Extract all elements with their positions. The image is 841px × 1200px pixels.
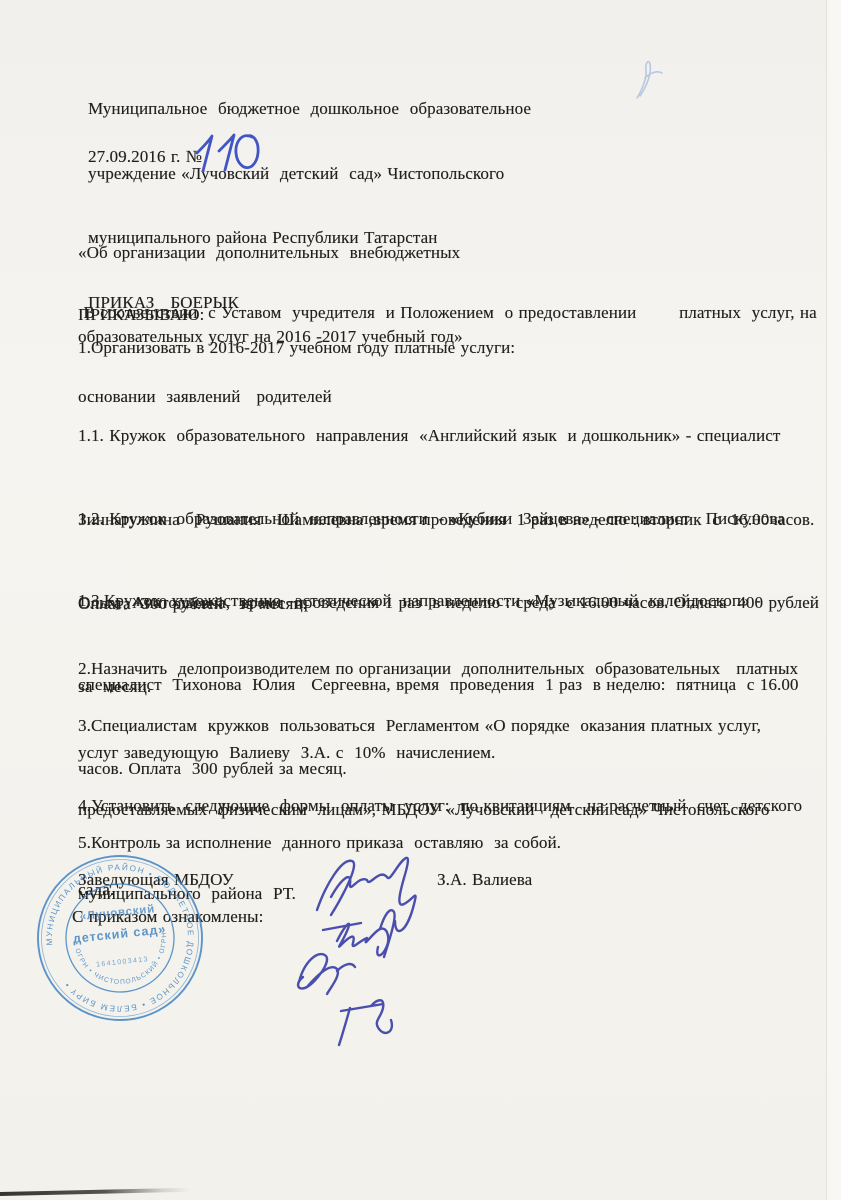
item-4-line: 4.Установить следующие формы оплаты услу… [78,792,802,820]
scan-edge-artifact [0,1188,190,1196]
item-1: 1.Организовать в 2016-2017 учебном году … [78,334,515,362]
item-5: 5.Контроль за исполнение данного приказа… [78,829,561,857]
signer-role: Заведующая МБДОУ [78,866,234,894]
item-1-1-line: 1.1. Кружок образовательного направления… [78,422,814,450]
scan-paper-edge [826,0,841,1200]
scanned-order-page: МУНИЦИПАЛЬНЫЙ РАЙОН • БЮДЖЕТНОЕ ДОШКОЛЬН… [0,0,841,1200]
acknowledged-label: С приказом ознакомлены: [72,903,263,931]
org-header-line: Муниципальное бюджетное дошкольное образ… [88,98,531,120]
date-number-line: 27.09.2016 г. № [88,143,202,171]
signer-name: З.А. Валиева [437,866,532,894]
order-word: ПРИКАЗЫВАЮ: [78,301,204,329]
ink-smudge [637,62,662,98]
signature-acknowledged-3 [339,1000,392,1045]
item-1-2-line: 1.2. Кружок образовательной направленнос… [78,505,819,533]
